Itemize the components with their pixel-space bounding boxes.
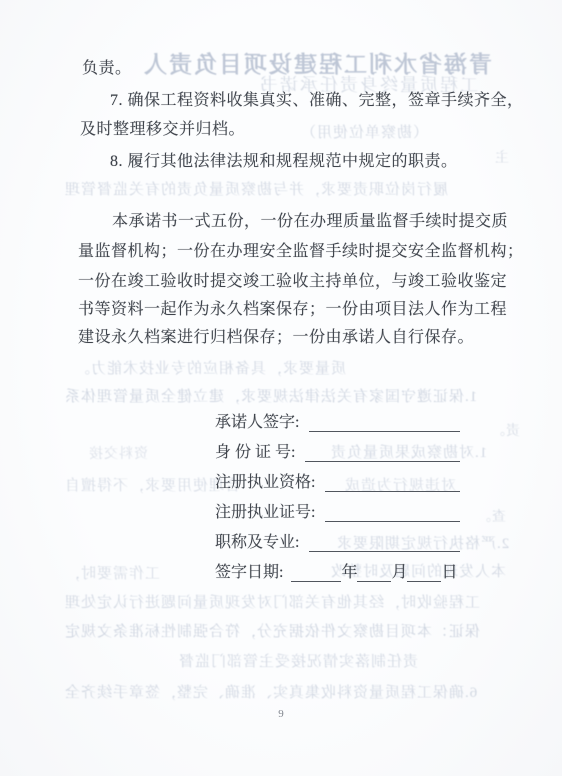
signature-row-registered-license-number: 注册执业证号: — [215, 500, 460, 522]
bleedthrough-text: 1.保证遵守国家有关法律法规要求，建立健全质量管理体系 — [64, 385, 477, 406]
bleedthrough-text: 工程验收时，经其他有关部门对发现质量问题进行认定处理 — [64, 591, 480, 612]
month-suffix: 月 — [391, 559, 407, 582]
field-label: 签字日期: — [215, 559, 291, 582]
date-blank-year — [291, 562, 341, 582]
day-suffix: 日 — [441, 559, 457, 582]
year-suffix: 年 — [341, 559, 357, 582]
signature-blank-line — [325, 502, 460, 522]
signature-blank-line — [309, 532, 460, 552]
bleedthrough-text: 质量要求，具备相应的专业技术能力。 — [74, 357, 346, 378]
bleedthrough-text: 履行岗位职责要求，并与勘察质量负责的有关监督管理 — [64, 178, 448, 199]
field-label: 身 份 证 号: — [215, 439, 305, 462]
signature-row-signer: 承诺人签字: — [215, 410, 460, 432]
bleedthrough-text: 6.确保工程质量资料收集真实、准确、完整，签章手续齐全 — [64, 681, 477, 702]
scanned-document-page: 青海省水利工程建设项目负责人 工程质量终身责任承诺书 （勘察单位使用） 主 履行… — [0, 0, 562, 776]
body-text-line-item-7: 7. 确保工程资料收集真实、准确、完整，签章手续齐全， — [110, 87, 524, 110]
date-blank-day — [407, 562, 441, 582]
signature-row-date: 签字日期: 年 月 日 — [215, 560, 458, 582]
body-text-line-item-8: 8. 履行其他法律法规和规程规范中规定的职责。 — [110, 148, 458, 171]
field-label: 职称及专业: — [215, 529, 309, 552]
distribution-paragraph-line: 一份在竣工验收时提交竣工验收主持单位，与竣工验收鉴定 — [78, 268, 507, 291]
signature-row-id-number: 身 份 证 号: — [215, 440, 460, 462]
bleedthrough-text: 资料交接 — [88, 443, 148, 463]
distribution-paragraph-line: 本承诺书一式五份，一份在办理质量监督手续时提交质 — [112, 208, 508, 231]
bleedthrough-text: 责。 — [490, 420, 520, 440]
distribution-paragraph-line: 书等资料一起作为永久档案保存；一份由项目法人作为工程 — [78, 296, 507, 319]
body-text-line: 负责。 — [82, 55, 132, 78]
field-label: 注册执业资格: — [215, 469, 325, 492]
signature-blank-line — [305, 442, 460, 462]
distribution-paragraph-line: 量监督机构；一份在办理安全监督手续时提交安全监督机构； — [78, 238, 524, 261]
bleedthrough-text: 保证：本项目勘察文件依据充分，符合强制性标准条文规定 — [64, 620, 480, 641]
distribution-paragraph-line: 建设永久档案进行归档保存；一份由承诺人自行保存。 — [78, 324, 474, 347]
bleedthrough-text: 主 — [494, 147, 509, 167]
field-label: 注册执业证号: — [215, 499, 325, 522]
page-number: 9 — [0, 708, 562, 720]
signature-row-registered-qualification: 注册执业资格: — [215, 470, 460, 492]
bleedthrough-text: 责任制落实情况接受主管部门监督 — [178, 650, 418, 671]
signature-blank-line — [309, 412, 460, 432]
signature-row-title-and-specialty: 职称及专业: — [215, 530, 460, 552]
bleedthrough-text: 查。 — [476, 506, 506, 526]
bleedthrough-text: 合理使用要求，不得擅自 — [64, 474, 240, 495]
signature-blank-line — [325, 472, 460, 492]
body-text-line: 及时整理移交并归档。 — [80, 116, 245, 139]
field-label: 承诺人签字: — [215, 409, 309, 432]
date-blank-month — [357, 562, 391, 582]
bleedthrough-text: （勘察单位使用） — [300, 121, 428, 142]
bleedthrough-text: 工作需要时， — [64, 562, 160, 583]
